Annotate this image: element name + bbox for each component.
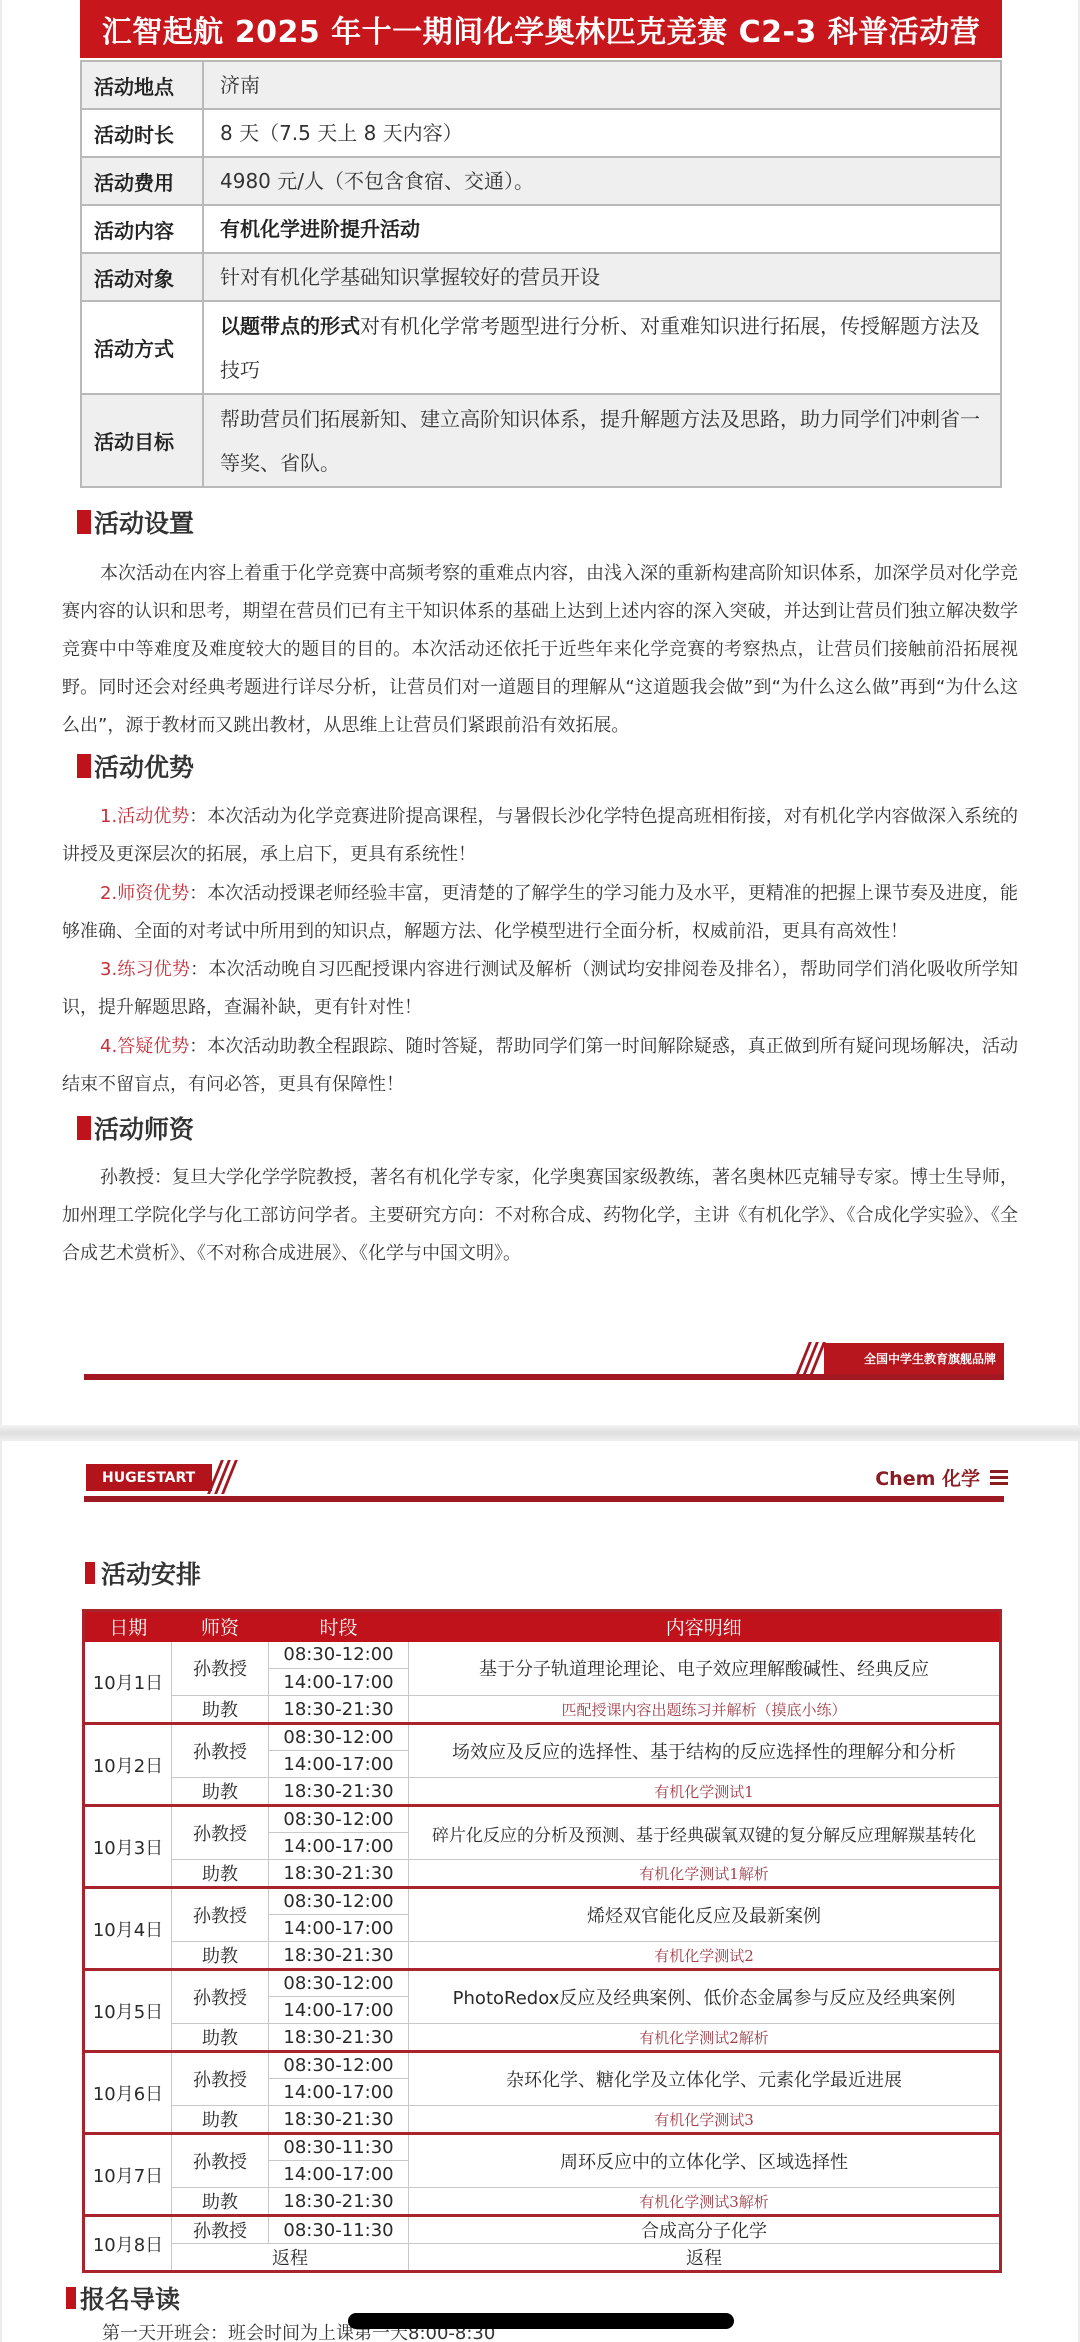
col-header-time: 时段 — [269, 1611, 409, 1642]
hugestart-logo: HUGESTART — [86, 1464, 212, 1491]
red-square-icon — [66, 2287, 76, 2309]
advantage-text: ：本次活动为化学竞赛进阶提高课程，与暑假长沙化学特色提高班相衔接，对有机化学内容… — [62, 806, 1018, 865]
table-row: 返程 返程 — [84, 2244, 1001, 2272]
time-slot: 14:00-17:00 — [269, 2079, 409, 2106]
day-date: 10月8日 — [84, 2216, 172, 2272]
return-label: 返程 — [172, 2244, 409, 2272]
info-row-audience: 活动对象 针对有机化学基础知识掌握较好的营员开设 — [81, 253, 1001, 301]
time-slot: 14:00-17:00 — [269, 1833, 409, 1860]
day-teacher: 孙教授 — [172, 1888, 269, 1942]
decorative-slashes-icon — [802, 1342, 819, 1376]
table-row: 助教 18:30-21:30 有机化学测试3解析 — [84, 2188, 1001, 2216]
day-date: 10月2日 — [84, 1724, 172, 1806]
red-square-icon — [77, 510, 91, 534]
time-slot: 18:30-21:30 — [269, 1696, 409, 1724]
day-date: 10月7日 — [84, 2134, 172, 2216]
day-topic: 杂环化学、糖化学及立体化学、元素化学最近进展 — [409, 2052, 1001, 2106]
section-heading-advantages: 活动优势 — [77, 748, 194, 784]
footer-divider — [84, 1374, 1004, 1380]
info-label: 活动对象 — [81, 253, 203, 301]
section-heading-text: 活动安排 — [101, 1555, 201, 1591]
advantage-item-4: 4.答疑优势：本次活动助教全程跟踪、随时答疑，帮助同学们第一时间解除疑惑，真正做… — [62, 1028, 1018, 1104]
time-slot: 14:00-17:00 — [269, 1997, 409, 2024]
assistant-label: 助教 — [172, 1696, 269, 1724]
assistant-label: 助教 — [172, 2106, 269, 2134]
time-slot: 18:30-21:30 — [269, 1778, 409, 1806]
footer-brand-badge: 全国中学生教育旗舰品牌 — [824, 1343, 1004, 1374]
col-header-date: 日期 — [84, 1611, 172, 1642]
table-row: 10月2日 孙教授 08:30-12:00 场效应及反应的选择性、基于结构的反应… — [84, 1724, 1001, 1751]
schedule-header-row: 日期 师资 时段 内容明细 — [84, 1611, 1001, 1642]
schedule-table: 日期 师资 时段 内容明细 10月1日 孙教授 08:30-12:00 基于分子… — [82, 1609, 1002, 2273]
time-slot: 08:30-12:00 — [269, 1806, 409, 1833]
evening-quiz: 有机化学测试2解析 — [409, 2024, 1001, 2052]
day-teacher: 孙教授 — [172, 1806, 269, 1860]
info-value: 4980 元/人（不包含食宿、交通）。 — [203, 157, 1001, 205]
day-topic: 周环反应中的立体化学、区域选择性 — [409, 2134, 1001, 2188]
advantage-label: 1.活动优势 — [100, 806, 189, 827]
section-heading-text: 报名导读 — [80, 2280, 180, 2316]
section-heading-schedule: 活动安排 — [85, 1555, 201, 1591]
time-slot: 14:00-17:00 — [269, 1915, 409, 1942]
time-slot: 18:30-21:30 — [269, 2106, 409, 2134]
day-date: 10月6日 — [84, 2052, 172, 2134]
day-teacher: 孙教授 — [172, 2216, 269, 2244]
table-row: 10月6日 孙教授 08:30-12:00 杂环化学、糖化学及立体化学、元素化学… — [84, 2052, 1001, 2079]
day-topic: 场效应及反应的选择性、基于结构的反应选择性的理解分和分析 — [409, 1724, 1001, 1778]
time-slot: 18:30-21:30 — [269, 2024, 409, 2052]
info-label: 活动时长 — [81, 109, 203, 157]
advantage-label: 4.答疑优势 — [100, 1036, 189, 1057]
table-row: 助教 18:30-21:30 匹配授课内容出题练习并解析（摸底小练） — [84, 1696, 1001, 1724]
info-row-location: 活动地点 济南 — [81, 61, 1001, 109]
assistant-label: 助教 — [172, 1778, 269, 1806]
day-topic: 合成高分子化学 — [409, 2216, 1001, 2244]
day-teacher: 孙教授 — [172, 1642, 269, 1696]
section-heading-faculty: 活动师资 — [77, 1110, 194, 1146]
info-row-method: 活动方式 以题带点的形式对有机化学常考题型进行分析、对重难知识进行拓展，传授解题… — [81, 301, 1001, 394]
info-row-duration: 活动时长 8 天（7.5 天上 8 天内容） — [81, 109, 1001, 157]
setup-paragraph: 本次活动在内容上着重于化学竞赛中高频考察的重难点内容，由浅入深的重新构建高阶知识… — [62, 555, 1018, 745]
info-value: 8 天（7.5 天上 8 天内容） — [203, 109, 1001, 157]
section-heading-text: 活动师资 — [94, 1110, 194, 1146]
page-separator — [0, 1425, 1080, 1441]
info-label: 活动目标 — [81, 394, 203, 487]
section-heading-text: 活动优势 — [94, 748, 194, 784]
day-teacher: 孙教授 — [172, 1970, 269, 2024]
info-row-goal: 活动目标 帮助营员们拓展新知、建立高阶知识体系，提升解题方法及思路，助力同学们冲… — [81, 394, 1001, 487]
table-row: 10月5日 孙教授 08:30-12:00 PhotoRedox反应及经典案例、… — [84, 1970, 1001, 1997]
table-row: 助教 18:30-21:30 有机化学测试1解析 — [84, 1860, 1001, 1888]
info-value: 济南 — [203, 61, 1001, 109]
assistant-label: 助教 — [172, 1860, 269, 1888]
day-teacher: 孙教授 — [172, 1724, 269, 1778]
document-page-1: 汇智起航 2025 年十一期间化学奥林匹克竞赛 C2-3 科普活动营 活动地点 … — [0, 0, 1080, 1425]
table-row: 10月8日 孙教授 08:30-11:30 合成高分子化学 — [84, 2216, 1001, 2244]
time-slot: 08:30-12:00 — [269, 1724, 409, 1751]
info-label: 活动地点 — [81, 61, 203, 109]
info-value: 以题带点的形式对有机化学常考题型进行分析、对重难知识进行拓展，传授解题方法及技巧 — [203, 301, 1001, 394]
evening-quiz: 有机化学测试3 — [409, 2106, 1001, 2134]
time-slot: 14:00-17:00 — [269, 1751, 409, 1778]
info-row-content: 活动内容 有机化学进阶提升活动 — [81, 205, 1001, 253]
evening-quiz: 有机化学测试1 — [409, 1778, 1001, 1806]
time-slot: 08:30-12:00 — [269, 2052, 409, 2079]
day-teacher: 孙教授 — [172, 2052, 269, 2106]
day-date: 10月1日 — [84, 1642, 172, 1724]
info-row-fee: 活动费用 4980 元/人（不包含食宿、交通）。 — [81, 157, 1001, 205]
advantage-label: 3.练习优势 — [100, 959, 190, 980]
time-slot: 08:30-12:00 — [269, 1888, 409, 1915]
table-row: 助教 18:30-21:30 有机化学测试2 — [84, 1942, 1001, 1970]
decorative-slashes-icon — [214, 1460, 231, 1494]
advantage-text: ：本次活动助教全程跟踪、随时答疑，帮助同学们第一时间解除疑惑，真正做到所有疑问现… — [62, 1036, 1018, 1095]
advantage-item-2: 2.师资优势：本次活动授课老师经验丰富，更清楚的了解学生的学习能力及水平，更精准… — [62, 875, 1018, 951]
section-heading-setup: 活动设置 — [77, 504, 194, 540]
col-header-content: 内容明细 — [409, 1611, 1001, 1642]
advantage-label: 2.师资优势 — [100, 883, 189, 904]
red-square-icon — [77, 1116, 91, 1140]
time-slot: 14:00-17:00 — [269, 2161, 409, 2188]
document-page-2: HUGESTART Chem 化学 活动安排 日期 师资 时段 内容明细 10月… — [0, 1441, 1080, 2342]
info-label: 活动方式 — [81, 301, 203, 394]
header-divider — [84, 1496, 1004, 1502]
info-label: 活动费用 — [81, 157, 203, 205]
red-square-icon — [77, 754, 91, 778]
assistant-label: 助教 — [172, 2024, 269, 2052]
day-teacher: 孙教授 — [172, 2134, 269, 2188]
table-row: 助教 18:30-21:30 有机化学测试3 — [84, 2106, 1001, 2134]
col-header-teacher: 师资 — [172, 1611, 269, 1642]
table-row: 10月1日 孙教授 08:30-12:00 基于分子轨道理论理论、电子效应理解酸… — [84, 1642, 1001, 1669]
advantage-text: ：本次活动晚自习匹配授课内容进行测试及解析（测试均安排阅卷及排名），帮助同学们消… — [62, 959, 1018, 1018]
info-table: 活动地点 济南 活动时长 8 天（7.5 天上 8 天内容） 活动费用 4980… — [80, 60, 1002, 488]
section-heading-text: 活动设置 — [94, 504, 194, 540]
faculty-text: 孙教授：复旦大学化学学院教授，著名有机化学专家，化学奥赛国家级教练，著名奥林匹克… — [62, 1167, 1018, 1264]
red-square-icon — [85, 1562, 95, 1584]
advantage-text: ：本次活动授课老师经验丰富，更清楚的了解学生的学习能力及水平，更精准的把握上课节… — [62, 883, 1018, 942]
day-date: 10月5日 — [84, 1970, 172, 2052]
faculty-paragraph: 孙教授：复旦大学化学学院教授，著名有机化学专家，化学奥赛国家级教练，著名奥林匹克… — [62, 1159, 1018, 1273]
evening-quiz: 匹配授课内容出题练习并解析（摸底小练） — [409, 1696, 1001, 1724]
day-date: 10月4日 — [84, 1888, 172, 1970]
info-value: 有机化学进阶提升活动 — [203, 205, 1001, 253]
section-heading-signup: 报名导读 — [66, 2280, 180, 2316]
day-topic: PhotoRedox反应及经典案例、低价态金属参与反应及经典案例 — [409, 1970, 1001, 2024]
advantage-item-1: 1.活动优势：本次活动为化学竞赛进阶提高课程，与暑假长沙化学特色提高班相衔接，对… — [62, 798, 1018, 874]
menu-icon — [990, 1470, 1008, 1485]
evening-quiz: 有机化学测试1解析 — [409, 1860, 1001, 1888]
return-content: 返程 — [409, 2244, 1001, 2272]
subject-label: Chem 化学 — [875, 1464, 1008, 1491]
subject-text: Chem 化学 — [875, 1464, 980, 1491]
time-slot: 08:30-11:30 — [269, 2216, 409, 2244]
time-slot: 18:30-21:30 — [269, 1942, 409, 1970]
assistant-label: 助教 — [172, 2188, 269, 2216]
time-slot: 18:30-21:30 — [269, 1860, 409, 1888]
day-topic: 基于分子轨道理论理论、电子效应理解酸碱性、经典反应 — [409, 1642, 1001, 1696]
time-slot: 08:30-12:00 — [269, 1970, 409, 1997]
table-row: 10月4日 孙教授 08:30-12:00 烯烃双官能化反应及最新案例 — [84, 1888, 1001, 1915]
time-slot: 08:30-11:30 — [269, 2134, 409, 2161]
page-title: 汇智起航 2025 年十一期间化学奥林匹克竞赛 C2-3 科普活动营 — [80, 0, 1002, 58]
schedule-body: 10月1日 孙教授 08:30-12:00 基于分子轨道理论理论、电子效应理解酸… — [84, 1642, 1001, 2272]
time-slot: 14:00-17:00 — [269, 1669, 409, 1696]
time-slot: 08:30-12:00 — [269, 1642, 409, 1669]
day-topic: 烯烃双官能化反应及最新案例 — [409, 1888, 1001, 1942]
setup-text: 本次活动在内容上着重于化学竞赛中高频考察的重难点内容，由浅入深的重新构建高阶知识… — [62, 563, 1018, 736]
table-row: 10月7日 孙教授 08:30-11:30 周环反应中的立体化学、区域选择性 — [84, 2134, 1001, 2161]
table-row: 助教 18:30-21:30 有机化学测试2解析 — [84, 2024, 1001, 2052]
day-topic: 碎片化反应的分析及预测、基于经典碳氧双键的复分解反应理解羰基转化 — [409, 1806, 1001, 1860]
day-date: 10月3日 — [84, 1806, 172, 1888]
table-row: 10月3日 孙教授 08:30-12:00 碎片化反应的分析及预测、基于经典碳氧… — [84, 1806, 1001, 1833]
time-slot: 18:30-21:30 — [269, 2188, 409, 2216]
info-value: 帮助营员们拓展新知、建立高阶知识体系，提升解题方法及思路，助力同学们冲刺省一等奖… — [203, 394, 1001, 487]
assistant-label: 助教 — [172, 1942, 269, 1970]
info-value: 针对有机化学基础知识掌握较好的营员开设 — [203, 253, 1001, 301]
table-row: 助教 18:30-21:30 有机化学测试1 — [84, 1778, 1001, 1806]
advantage-item-3: 3.练习优势：本次活动晚自习匹配授课内容进行测试及解析（测试均安排阅卷及排名），… — [62, 951, 1018, 1027]
info-value-emphasis: 以题带点的形式 — [220, 314, 360, 338]
info-label: 活动内容 — [81, 205, 203, 253]
evening-quiz: 有机化学测试3解析 — [409, 2188, 1001, 2216]
evening-quiz: 有机化学测试2 — [409, 1942, 1001, 1970]
home-indicator-bar[interactable] — [348, 2313, 734, 2329]
